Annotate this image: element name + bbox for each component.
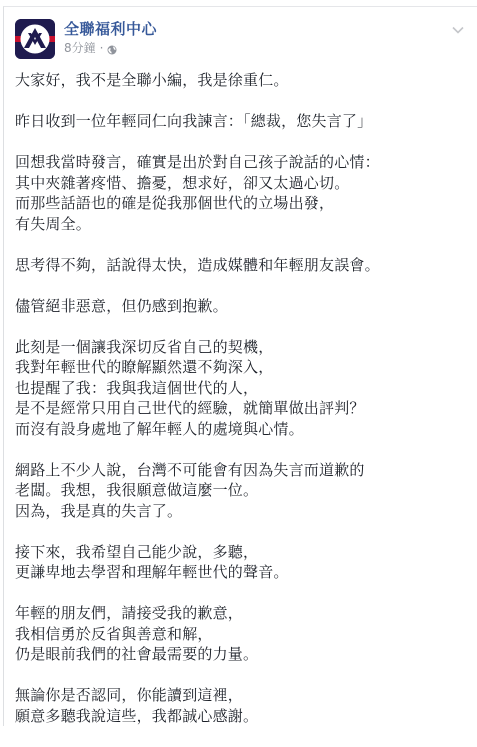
post-subline: 8分鐘 ·	[64, 40, 157, 56]
page-name-link[interactable]: 全聯福利中心	[64, 20, 157, 39]
post-paragraph: 回想我當時發言，確實是出於對自己孩子說話的心情： 其中夾雜著疼惜、擔憂，想求好，…	[15, 152, 475, 234]
text-line: 回想我當時發言，確實是出於對自己孩子說話的心情：	[15, 152, 475, 173]
post-body: 大家好，我不是全聯小編，我是徐重仁。 昨日收到一位年輕同仁向我諫言：「總裁，您失…	[15, 70, 475, 712]
text-line: 年輕的朋友們，請接受我的歉意，	[15, 603, 475, 624]
text-line: 老闆。我想，我很願意做這麼一位。	[15, 480, 475, 501]
post-paragraph: 儘管絕非惡意，但仍感到抱歉。	[15, 296, 475, 317]
text-line: 無論你是否認同，你能讀到這裡，	[15, 685, 475, 706]
text-line: 因為，我是真的失言了。	[15, 501, 475, 522]
post-paragraph: 無論你是否認同，你能讀到這裡， 願意多聽我說這些，我都誠心感謝。	[15, 685, 475, 712]
text-line: 網路上不少人說，台灣不可能會有因為失言而道歉的	[15, 460, 475, 481]
post-paragraph: 年輕的朋友們，請接受我的歉意， 我相信勇於反省與善意和解， 仍是眼前我們的社會最…	[15, 603, 475, 665]
separator-dot: ·	[100, 40, 104, 56]
avatar[interactable]	[15, 19, 55, 59]
text-line: 此刻是一個讓我深切反省自己的契機，	[15, 337, 475, 358]
text-line: 我相信勇於反省與善意和解，	[15, 624, 475, 645]
pxmart-logo-icon	[15, 19, 55, 59]
post-paragraph: 接下來，我希望自己能少說，多聽， 更謙卑地去學習和理解年輕世代的聲音。	[15, 542, 475, 583]
post-meta: 全聯福利中心 8分鐘 ·	[64, 19, 157, 56]
post-paragraph: 昨日收到一位年輕同仁向我諫言：「總裁，您失言了」	[15, 111, 475, 132]
post-paragraph: 大家好，我不是全聯小編，我是徐重仁。	[15, 70, 475, 91]
text-line: 是不是經常只用自己世代的經驗，就簡單做出評判？	[15, 398, 475, 419]
text-line: 我對年輕世代的瞭解顯然還不夠深入，	[15, 357, 475, 378]
text-line: 大家好，我不是全聯小編，我是徐重仁。	[15, 70, 475, 91]
text-line: 有失周全。	[15, 214, 475, 235]
text-line: 願意多聽我說這些，我都誠心感謝。	[15, 706, 475, 713]
text-line: 更謙卑地去學習和理解年輕世代的聲音。	[15, 562, 475, 583]
post-header: 全聯福利中心 8分鐘 ·	[15, 19, 157, 59]
post-paragraph: 此刻是一個讓我深切反省自己的契機， 我對年輕世代的瞭解顯然還不夠深入， 也提醒了…	[15, 337, 475, 440]
text-line: 昨日收到一位年輕同仁向我諫言：「總裁，您失言了」	[15, 111, 475, 132]
text-line: 思考得不夠，話說得太快，造成媒體和年輕朋友誤會。	[15, 255, 475, 276]
globe-icon[interactable]	[107, 43, 117, 53]
text-line: 而沒有設身處地了解年輕人的處境與心情。	[15, 419, 475, 440]
chevron-down-icon[interactable]	[451, 21, 465, 33]
text-line: 接下來，我希望自己能少說，多聽，	[15, 542, 475, 563]
text-line: 其中夾雜著疼惜、擔憂，想求好，卻又太過心切。	[15, 173, 475, 194]
text-line: 而那些話語也的確是從我那個世代的立場出發，	[15, 193, 475, 214]
post-paragraph: 思考得不夠，話說得太快，造成媒體和年輕朋友誤會。	[15, 255, 475, 276]
timestamp-link[interactable]: 8分鐘	[64, 40, 96, 56]
text-line: 儘管絕非惡意，但仍感到抱歉。	[15, 296, 475, 317]
text-line: 也提醒了我：我與我這個世代的人，	[15, 378, 475, 399]
post-card: 全聯福利中心 8分鐘 · 大家好，我不是全聯小編，我是徐重仁。	[3, 6, 477, 712]
text-line: 仍是眼前我們的社會最需要的力量。	[15, 644, 475, 665]
post-paragraph: 網路上不少人說，台灣不可能會有因為失言而道歉的 老闆。我想，我很願意做這麼一位。…	[15, 460, 475, 522]
